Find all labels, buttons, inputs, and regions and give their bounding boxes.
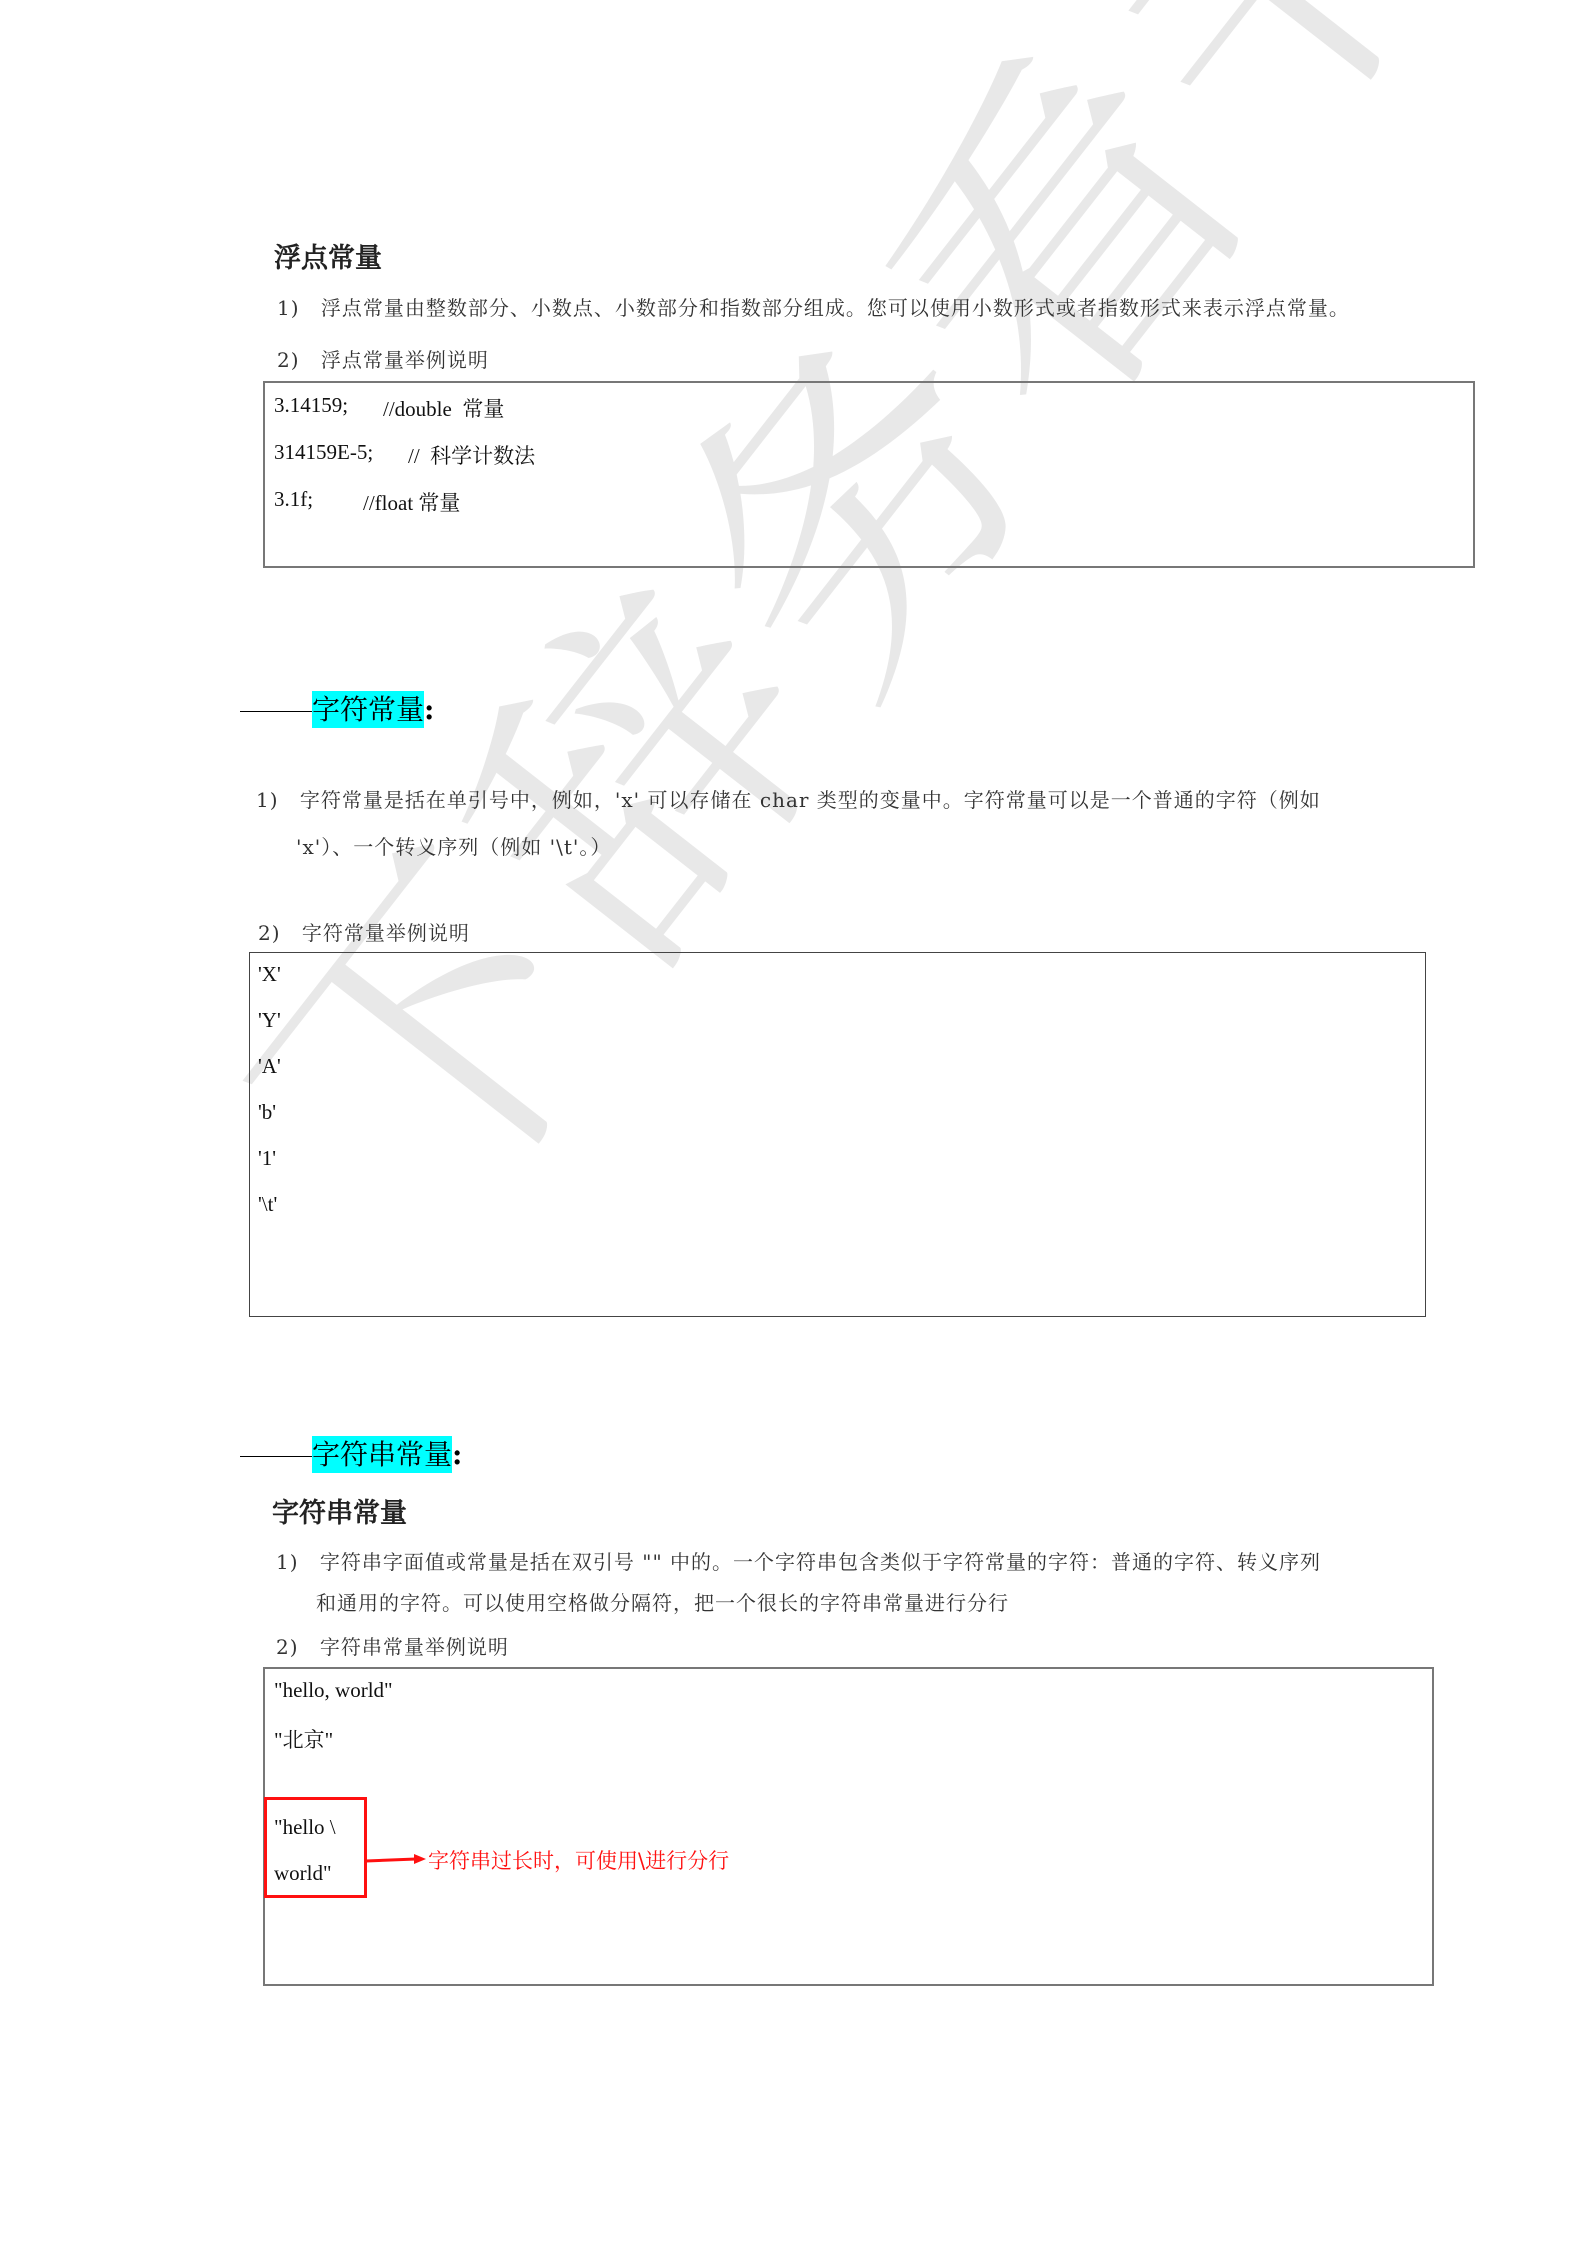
char-example: 'b' [258, 1100, 276, 1125]
heading-colon: : [424, 693, 434, 726]
float-item-2: 2) 浮点常量举例说明 [277, 344, 489, 373]
char-item-1-line-2: 'x'）、一个转义序列（例如 '\t'。） [296, 831, 611, 860]
item-text: 浮点常量举例说明 [321, 348, 489, 372]
char-item-1-line-1: 1) 字符常量是括在单引号中，例如，'x' 可以存储在 char 类型的变量中。… [256, 784, 1321, 813]
char-section-heading: 字符常量: [240, 688, 434, 728]
code-comment: //double 常量 [383, 393, 504, 423]
float-example-1: 3.14159;//double 常量 [274, 393, 348, 418]
float-example-2: 314159E-5;// 科学计数法 [274, 440, 373, 465]
string-example-box [263, 1667, 1434, 1986]
char-example: 'A' [258, 1054, 281, 1079]
string-item-1-line-1: 1) 字符串字面值或常量是括在双引号 "" 中的。一个字符串包含类似于字符常量的… [276, 1546, 1321, 1575]
item-number: 2) [276, 1635, 299, 1659]
char-example: 'X' [258, 962, 281, 987]
string-example: "hello, world" [274, 1678, 393, 1703]
arrow-right-icon [364, 1850, 434, 1870]
heading-colon: : [452, 1438, 462, 1471]
item-number: 1) [277, 296, 300, 320]
char-section-title: 字符常量 [312, 691, 424, 728]
string-section-title: 字符串常量 [312, 1436, 452, 1473]
item-text: 字符串字面值或常量是括在双引号 "" 中的。一个字符串包含类似于字符常量的字符：… [320, 1550, 1321, 1574]
string-item-1-line-2: 和通用的字符。可以使用空格做分隔符，把一个很长的字符串常量进行分行 [316, 1587, 1009, 1616]
item-number: 2) [277, 348, 300, 372]
char-example: '1' [258, 1146, 276, 1171]
string-section-heading: 字符串常量: [240, 1433, 462, 1473]
string-subtitle: 字符串常量 [272, 1491, 407, 1530]
code-value: 3.1f; [274, 487, 313, 511]
code-comment: //float 常量 [363, 487, 460, 517]
item-number: 1) [276, 1550, 299, 1574]
code-comment: // 科学计数法 [408, 440, 535, 470]
annotation-note: 字符串过长时，可使用\进行分行 [428, 1845, 729, 1875]
item-number: 2) [258, 921, 281, 945]
item-text: 字符常量是括在单引号中，例如，'x' 可以存储在 char 类型的变量中。字符常… [300, 788, 1321, 812]
code-value: 314159E-5; [274, 440, 373, 464]
item-text: 字符常量举例说明 [302, 921, 470, 945]
float-example-3: 3.1f;//float 常量 [274, 487, 313, 512]
char-example: 'Y' [258, 1008, 281, 1033]
dash-rule [240, 711, 312, 712]
multiline-example-line-2: world" [274, 1861, 332, 1886]
char-item-2: 2) 字符常量举例说明 [258, 917, 470, 946]
char-example-box [249, 952, 1426, 1317]
code-value: 3.14159; [274, 393, 348, 417]
string-item-2: 2) 字符串常量举例说明 [276, 1631, 509, 1660]
string-example: "北京" [274, 1724, 333, 1754]
item-number: 1) [256, 788, 279, 812]
dash-rule [240, 1456, 312, 1457]
item-text: 浮点常量由整数部分、小数点、小数部分和指数部分组成。您可以使用小数形式或者指数形… [321, 296, 1350, 320]
multiline-example-line-1: "hello \ [274, 1815, 336, 1840]
float-section-title: 浮点常量 [274, 236, 382, 275]
item-text: 字符串常量举例说明 [320, 1635, 509, 1659]
document-page: 浮点常量 1) 浮点常量由整数部分、小数点、小数部分和指数部分组成。您可以使用小… [0, 0, 1587, 2245]
float-item-1: 1) 浮点常量由整数部分、小数点、小数部分和指数部分组成。您可以使用小数形式或者… [277, 292, 1350, 321]
char-example: '\t' [258, 1192, 277, 1217]
